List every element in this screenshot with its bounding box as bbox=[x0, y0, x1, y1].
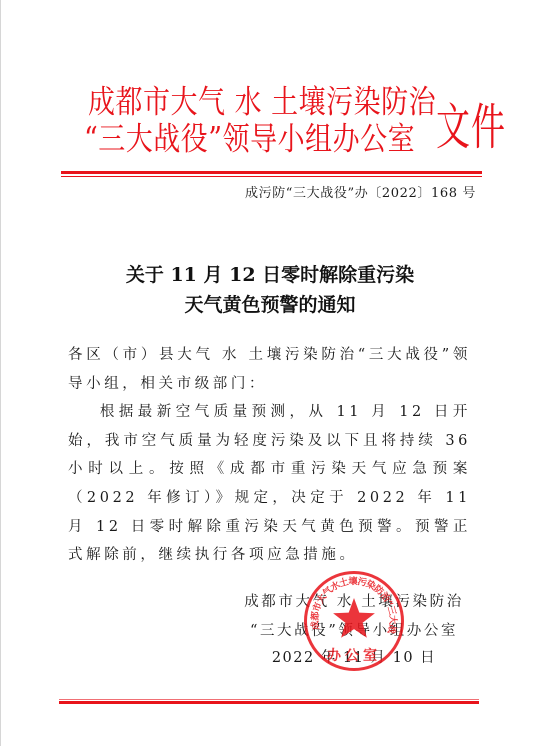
issuing-organization-header: 成都市大气 水 土壤污染防治 “三大战役”领导小组办公室 bbox=[88, 84, 428, 158]
body-paragraph: 根据最新空气质量预测，从 11 月 12 日开始，我市空气质量为轻度污染及以下且… bbox=[68, 398, 471, 570]
document-type-label: 文件 bbox=[436, 96, 506, 160]
header-red-rule bbox=[61, 171, 482, 177]
document-title-line-2: 天气黄色预警的通知 bbox=[60, 290, 480, 320]
signature-org-line-2: “三大战役”领导小组办公室 bbox=[244, 617, 464, 646]
signature-block: 成都市大气 水 土壤污染防治 “三大战役”领导小组办公室 2022 年 11 月… bbox=[244, 588, 464, 673]
document-body: 各区（市）县大气 水 土壤污染防治“三大战役”领导小组，相关市级部门： 根据最新… bbox=[68, 341, 471, 570]
document-number: 成污防“三大战役”办〔2022〕168 号 bbox=[245, 184, 469, 204]
signature-date: 2022 年 11 月 10 日 bbox=[244, 644, 464, 673]
header-org-line-2: “三大战役”领导小组办公室 bbox=[84, 118, 428, 162]
page-edge bbox=[0, 0, 1, 746]
footer-red-rule bbox=[59, 699, 479, 704]
document-title-line-1: 关于 11 月 12 日零时解除重污染 bbox=[60, 260, 480, 290]
signature-org-line-1: 成都市大气 水 土壤污染防治 bbox=[244, 588, 464, 617]
salutation: 各区（市）县大气 水 土壤污染防治“三大战役”领导小组，相关市级部门： bbox=[68, 341, 471, 398]
